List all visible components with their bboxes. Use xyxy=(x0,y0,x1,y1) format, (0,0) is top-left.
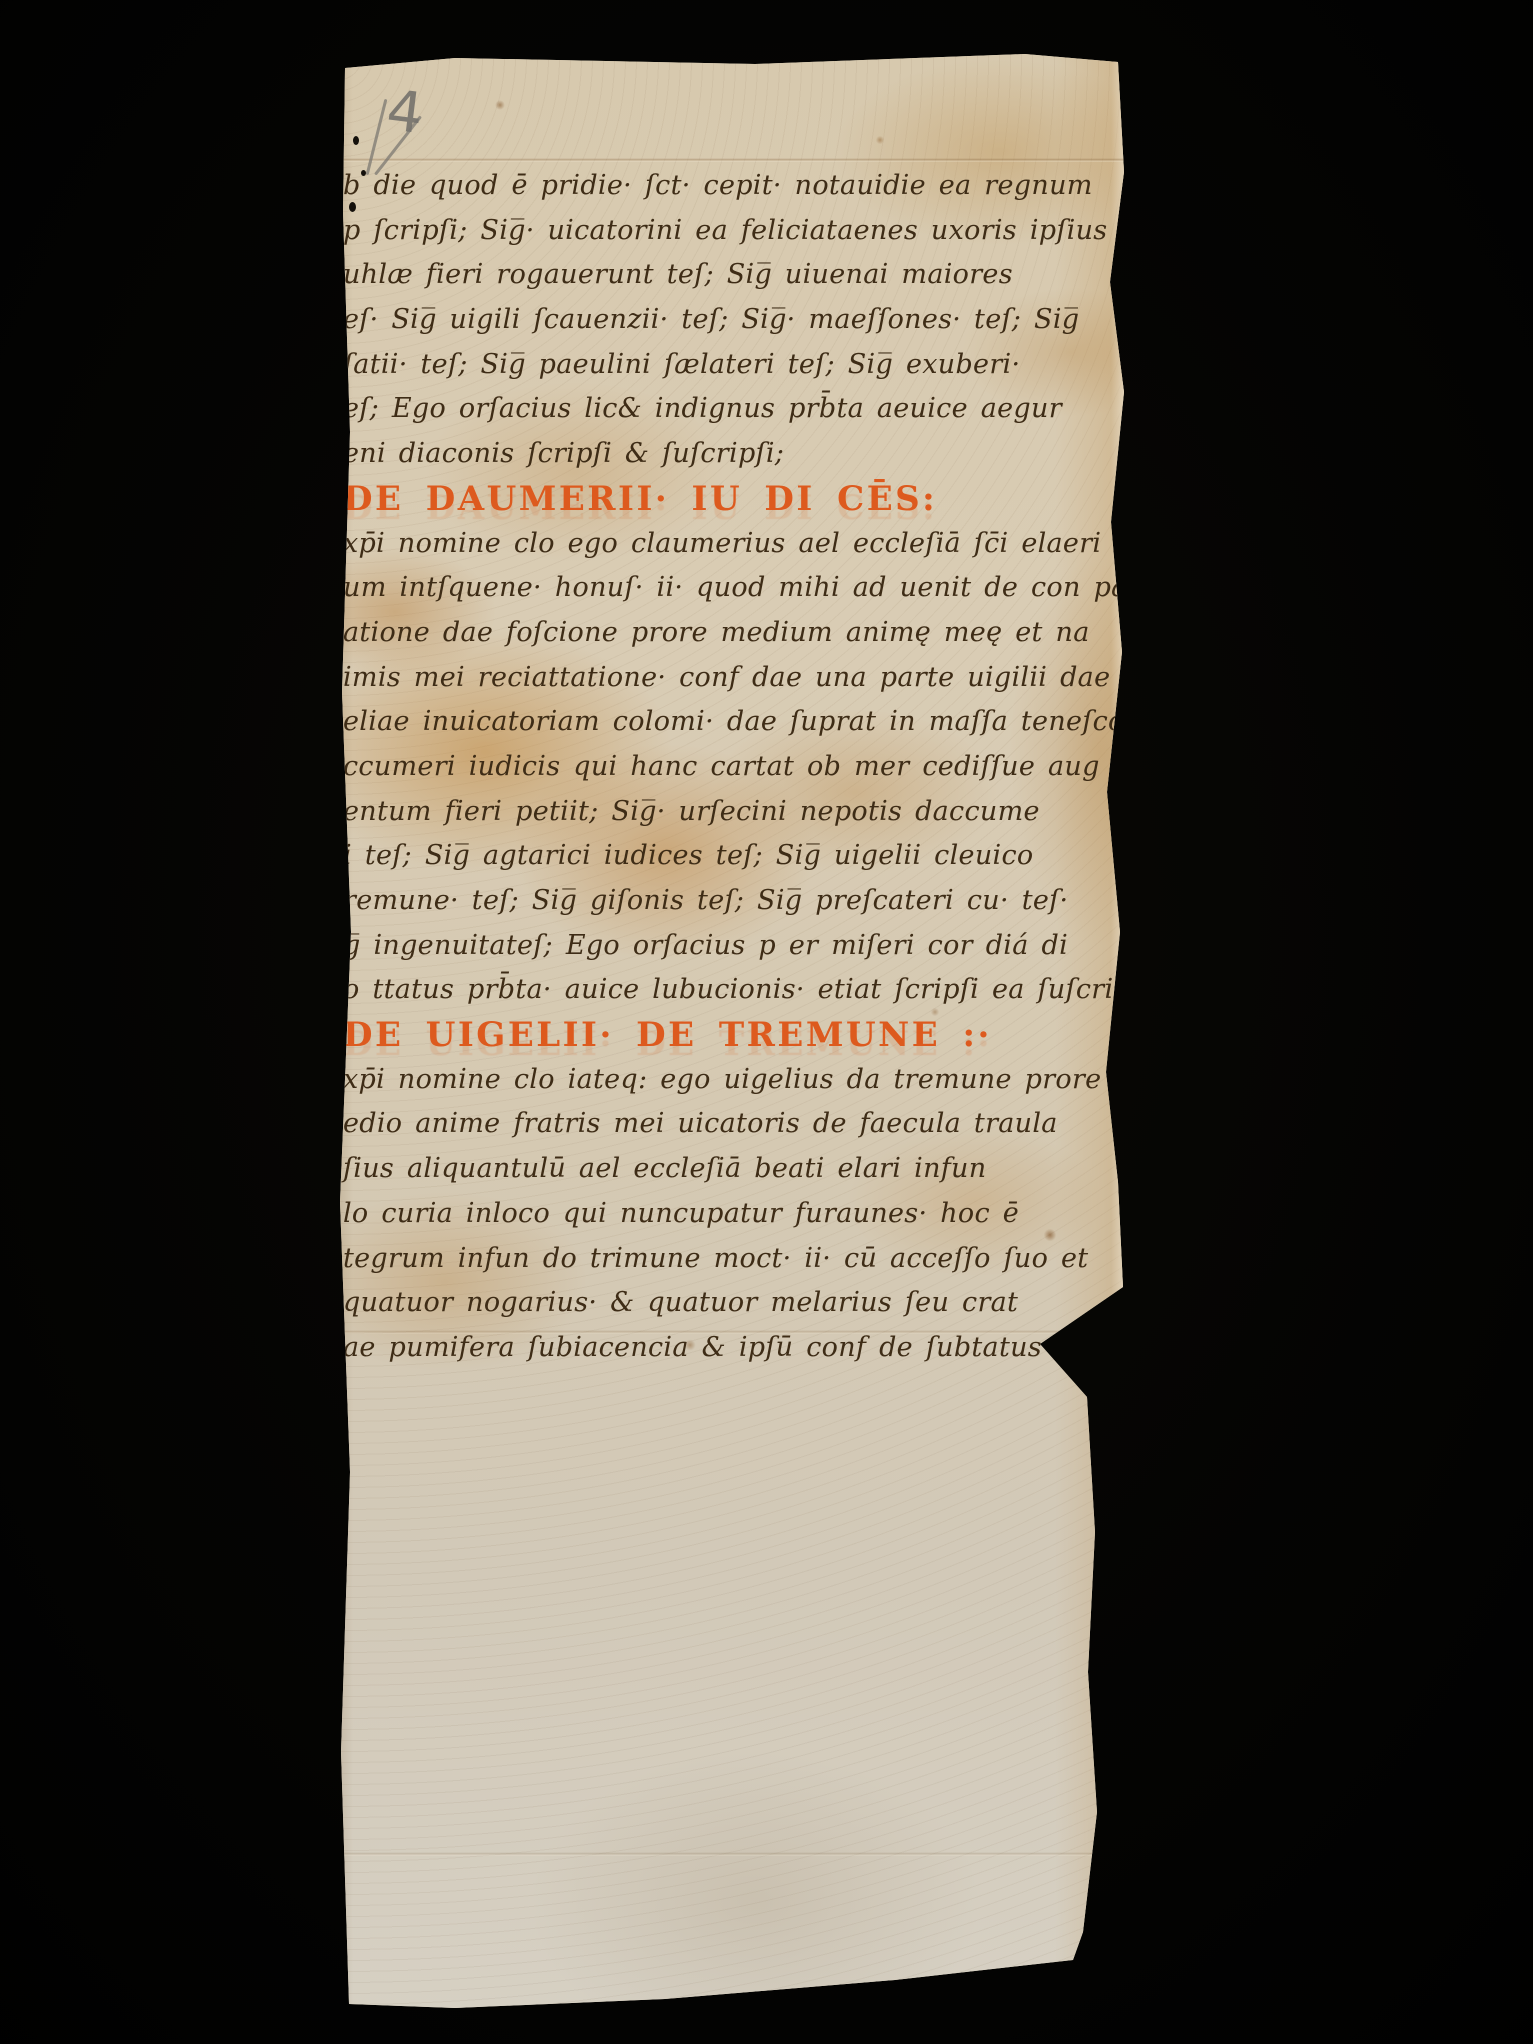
text-line: eſ; Ego orſacius lic& indignus prb̄ta ae… xyxy=(343,387,1118,432)
text-line: quatuor nogarius· & quatuor melarius ſeu… xyxy=(343,1281,1118,1326)
text-line: remune· teſ; Sig̅ giſonis teſ; Sig̅ preſ… xyxy=(343,879,1118,924)
text-line: xp̄i nomine clo ego claumerius ael eccle… xyxy=(343,522,1118,567)
text-line: imis mei reciattatione· conf dae una par… xyxy=(343,656,1118,701)
text-line: eliae inuicatoriam colomi· dae ſuprat in… xyxy=(343,700,1118,745)
text-line: ae pumifera ſubiacencia & ipſū conf de ſ… xyxy=(343,1326,1118,1371)
text-line: edio anime fratris mei uicatoris de faec… xyxy=(343,1102,1118,1147)
text-line: g̅ ingenuitateſ; Ego orſacius p er miſer… xyxy=(343,924,1118,969)
photo-backdrop: 4 b die quod ē pridie· ſct· cepit· notau… xyxy=(0,0,1533,2044)
fold-crease xyxy=(335,158,1125,162)
parchment-leaf: 4 b die quod ē pridie· ſct· cepit· notau… xyxy=(335,52,1125,2012)
text-line: o ttatus prb̄ta· auice lubucionis· etiat… xyxy=(343,968,1118,1013)
text-line: eni diaconis ſcripſi & ſuſcripſi; xyxy=(343,432,1118,477)
text-line: b die quod ē pridie· ſct· cepit· notauid… xyxy=(343,164,1118,209)
text-line: tegrum infun do trimune moct· ii· cū acc… xyxy=(343,1237,1118,1282)
text-line: i teſ; Sig̅ agtarici iudices teſ; Sig̅ u… xyxy=(343,834,1118,879)
text-line: lo curia inloco qui nuncupatur furaunes·… xyxy=(343,1192,1118,1237)
text-line: entum fieri petiit; Sig̅· urſecini nepot… xyxy=(343,790,1118,835)
text-line: p ſcripſi; Sig̅· uicatorini ea feliciata… xyxy=(343,209,1118,254)
text-line: ſius aliquantulū ael eccleſiā beati elar… xyxy=(343,1147,1118,1192)
text-line: um intſquene· honuſ· ii· quod mihi ad ue… xyxy=(343,566,1118,611)
wormhole xyxy=(353,136,359,145)
text-line: eſ· Sig̅ uigili ſcauenzii· teſ; Sig̅· ma… xyxy=(343,298,1118,343)
manuscript-text: b die quod ē pridie· ſct· cepit· notauid… xyxy=(343,164,1118,1371)
text-line: ſatii· teſ; Sig̅ paeulini ſælateri teſ; … xyxy=(343,343,1118,388)
rubric-heading-daumerii: DE DAUMERII· IU DI CĒS: xyxy=(343,477,1118,522)
text-line: atione dae foſcione prore medium animę m… xyxy=(343,611,1118,656)
text-line: xp̄i nomine clo iateq: ego uigelius da t… xyxy=(343,1058,1118,1103)
fold-crease xyxy=(335,1852,1125,1856)
rubric-heading-uigelii: DE UIGELII· DE TREMUNE :· xyxy=(343,1013,1118,1058)
text-line: ccumeri iudicis qui hanc cartat ob mer c… xyxy=(343,745,1118,790)
text-line: uhlæ fieri rogauerunt teſ; Sig̅ uiuenai … xyxy=(343,253,1118,298)
